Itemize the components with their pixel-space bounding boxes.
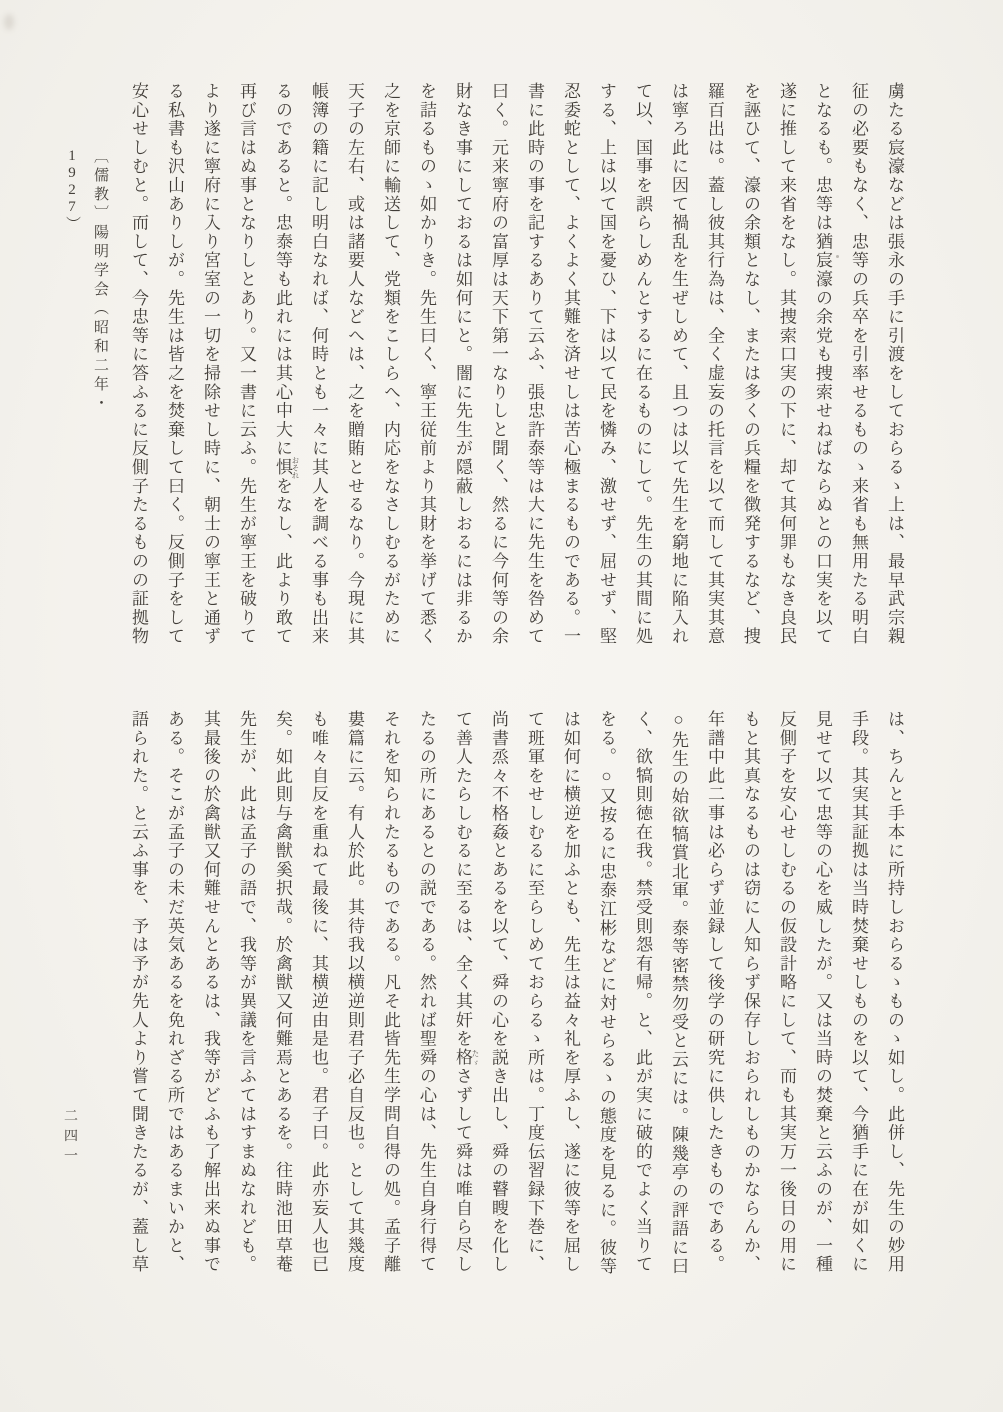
text-column: 語られた。と云ふ事を、予は予が先人より嘗て聞きたるが、蓋し草 [120, 710, 156, 1276]
text-column: ある。そこが孟子の未だ英気あるを免れざる所ではあるまいかと、 [156, 710, 192, 1276]
text-column: 年譜中此二事は必らず並録して後学の研究に供したきものである。 [696, 710, 732, 1276]
text-column: たるの所にあるとの説である。然れば聖舜の心は、先生自身行得て [408, 710, 444, 1276]
text-column: るのであると。忠泰等も此れには其心中大に惧おそれをなし、此より敢て [264, 82, 300, 648]
scanned-document-page: 虜たる宸濠などは張永の手に引渡をしておらるゝ上は、最早武宗親征の必要もなく、忠等… [0, 0, 1003, 1412]
text-column: 安心せしむと。而して、今忠等に答ふるに反側子たるものの証拠物 [120, 82, 156, 648]
text-column: は、ちんと手本に所持しおらるゝものゝ如し。此併し、先生の妙用 [876, 710, 912, 1276]
citation-date-open: （昭和二年・ [92, 300, 108, 414]
source-citation: 〔儒教〕陽明学会（昭和二年・1927） [58, 148, 114, 478]
text-column: く、欲犒則徳在我。禁受則怨有帰。と、此が実に破的でよく当りて [624, 710, 660, 1276]
text-column: それを知られたるものである。凡そ此皆先生学問自得の処。孟子離 [372, 710, 408, 1276]
text-column: 見せて以て忠等の心を威したが。又は当時の焚棄と云ふのが、一種 [804, 710, 840, 1276]
text-column: となるも。忠等は猶宸濠の余党も捜索せねばならぬとの口実を以て [804, 82, 840, 648]
text-column: 婁篇に云。有人於此。其待我以横逆則君子必自反也。として其幾度 [336, 710, 372, 1276]
text-column: も唯々自反を重ねて最後に、其横逆由是也。君子曰。此亦妄人也已 [300, 710, 336, 1276]
text-column: もと其真なるものは窃に人知らず保存しおられしものかならんか、 [732, 710, 768, 1276]
citation-organization: 陽明学会 [92, 224, 108, 300]
bottom-text-block: は、ちんと手本に所持しおらるゝものゝ如し。此併し、先生の妙用手段。其実其証拠は当… [120, 710, 912, 1276]
text-column: より遂に寧府に入り宮室の一切を掃除せし時に、朝士の寧王と通ず [192, 82, 228, 648]
text-column: を誣ひて、濠の余類となし、または多くの兵糧を徴発するなど、捜 [732, 82, 768, 648]
citation-date-close: ） [64, 216, 80, 235]
citation-category: 〔儒教〕 [92, 148, 108, 224]
text-column: 遂に推して来省をなし。其捜索口実の下に、却て其何罪もなき良民 [768, 82, 804, 648]
text-column: 財なき事にしておるは如何にと。闇に先生が隠蔽しおるには非るか [444, 82, 480, 648]
text-column: 征の必要もなく、忠等の兵卒を引率せるものゝ来省も無用たる明白 [840, 82, 876, 648]
text-column: 手段。其実其証拠は当時焚棄せしものを以て、今猶手に在が如くに [840, 710, 876, 1276]
text-column: 虜たる宸濠などは張永の手に引渡をしておらるゝ上は、最早武宗親 [876, 82, 912, 648]
scan-smudge [4, 14, 14, 30]
text-column: 其最後の於禽獣又何難せんとあるは、我等がどふも了解出来ぬ事で [192, 710, 228, 1276]
text-column: て班軍をせしむるに至らしめておらるゝ所は。丁度伝習録下巻に、 [516, 710, 552, 1276]
citation-year: 1927 [64, 148, 80, 216]
text-column: を詰るものゝ如かりき。先生曰く、寧王従前より其財を挙げて悉く [408, 82, 444, 648]
text-column: て以、国事を誤らしめんとするに在るものにして。先生の其間に処 [624, 82, 660, 648]
text-column: をる。○又按るに忠泰江彬などに対せらるゝの態度を見るに。彼等 [588, 710, 624, 1276]
text-column: て善人たらしむるに至るは、全く其奸を格たゞさずして舜は唯自ら尽し [444, 710, 480, 1276]
text-column: ○先生の始欲犒賞北軍。泰等密禁勿受と云には。陳幾亭の評語に曰 [660, 710, 696, 1276]
text-column: 忍委蛇として、よくよく其難を済せしは苦心極まるものである。一 [552, 82, 588, 648]
text-column: 書に此時の事を記するありて云ふ、張忠許泰等は大に先生を咎めて [516, 82, 552, 648]
text-column: 先生が、此は孟子の語で、我等が異議を言ふてはすまぬなれども。 [228, 710, 264, 1276]
text-column: 反側子を安心せしむるの仮設計略にして、而も其実万一後日の用に [768, 710, 804, 1276]
text-column: る私書も沢山ありしが。先生は皆之を焚棄して曰く。反側子をして [156, 82, 192, 648]
text-column: 矣。如此則与禽獣奚択哉。於禽獣又何難焉とあるを。往時池田草菴 [264, 710, 300, 1276]
top-text-block: 虜たる宸濠などは張永の手に引渡をしておらるゝ上は、最早武宗親征の必要もなく、忠等… [120, 82, 912, 648]
page-number: 二四一 [59, 1108, 79, 1168]
text-column: 之を京師に輸送して、党類をこしらへ、内応をなさしむるがために [372, 82, 408, 648]
text-column: 曰く。元来寧府の富厚は天下第一なりしと聞く、然るに今何等の余 [480, 82, 516, 648]
text-column: 再び言はぬ事となりしとあり。又一書に云ふ。先生が寧王を破りて [228, 82, 264, 648]
text-column: 尚書烝々不格姦とあるを以て、舜の心を説き出し、舜の瞽瞍を化し [480, 710, 516, 1276]
text-column: 羅百出は。蓋し彼其行為は、全く虚妄の托言を以て而して其実其意 [696, 82, 732, 648]
text-column: 帳簿の籍に記し明白なれば、何時とも一々に其人を調べる事も出来 [300, 82, 336, 648]
text-column: は如何に横逆を加ふとも、先生は益々礼を厚ふし、遂に彼等を屈し [552, 710, 588, 1276]
text-column: は寧ろ此に因て禍乱を生ぜしめて、且つは以て先生を窮地に陥入れ [660, 82, 696, 648]
text-column: 天子の左右、或は諸要人などへは、之を贈賄とせるなり。今現に其 [336, 82, 372, 648]
text-column: する、上は以て国を憂ひ、下は以て民を憐み、激せず、屈せず、堅 [588, 82, 624, 648]
